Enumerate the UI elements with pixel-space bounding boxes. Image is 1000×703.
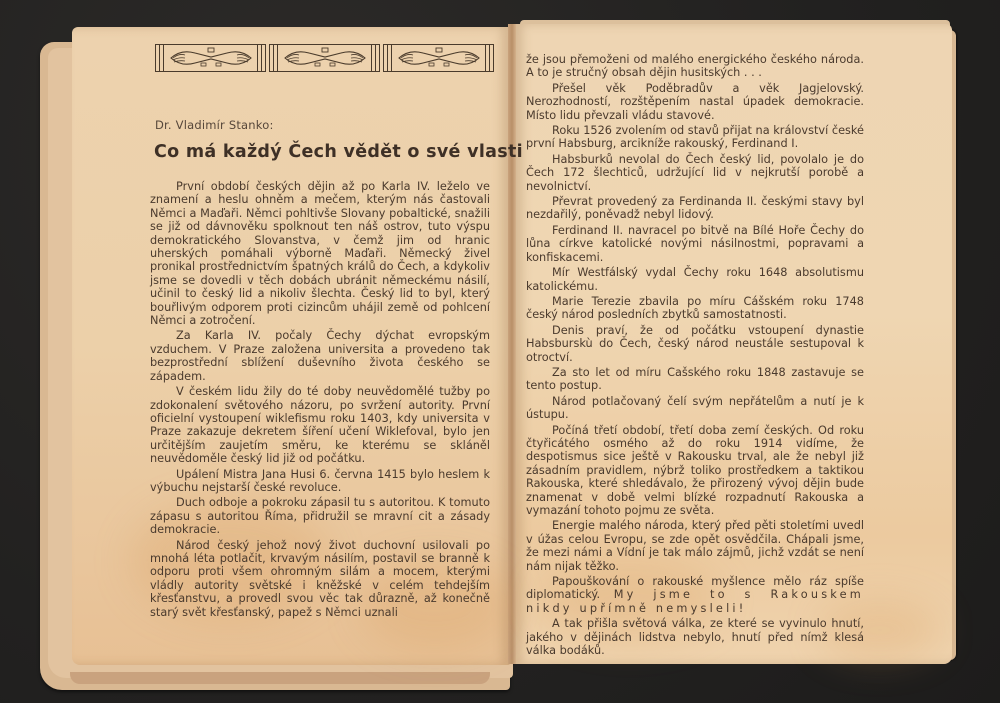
paragraph: Počíná třetí období, třetí doba zemí čes… xyxy=(526,424,864,518)
ornament-motif-icon xyxy=(395,47,483,69)
ornament-panel xyxy=(155,44,266,72)
paragraph: že jsou přemoženi od malého energického … xyxy=(526,53,864,80)
paragraph: Národ potlačovaný čelí svým nepřátelům a… xyxy=(526,395,864,422)
ornament-motif-icon xyxy=(167,47,255,69)
paragraph: Upálení Mistra Jana Husi 6. června 1415 … xyxy=(150,468,490,495)
header-ornament xyxy=(155,44,494,72)
paragraph: Ferdinand II. navracel po bitvě na Bílé … xyxy=(526,224,864,264)
right-page-body: že jsou přemoženi od malého energického … xyxy=(526,53,864,659)
page-stack-bottom-edge xyxy=(70,672,490,684)
paragraph: Mír Westfálský vydal Čechy roku 1648 abs… xyxy=(526,266,864,293)
paragraph: Národ český jehož nový život duchovní us… xyxy=(150,539,490,619)
paragraph: V českém lidu žily do té doby neuvědoměl… xyxy=(150,385,490,465)
paragraph: První období českých dějin až po Karla I… xyxy=(150,180,490,327)
paragraph: Denis praví, že od počátku vstoupení dyn… xyxy=(526,324,864,364)
paragraph: Energie malého národa, který před pěti s… xyxy=(526,519,864,573)
book-gutter xyxy=(508,24,516,664)
paragraph: Duch odboje a pokroku zápasil tu s autor… xyxy=(150,496,490,536)
paragraph: Marie Terezie zbavila po míru Cášském ro… xyxy=(526,295,864,322)
left-page-body: První období českých dějin až po Karla I… xyxy=(150,180,490,621)
ornament-motif-icon xyxy=(281,47,369,69)
paragraph: A tak přišla světová válka, ze které se … xyxy=(526,617,864,657)
chapter-title: Co má každý Čech vědět o své vlasti xyxy=(154,142,523,162)
ornament-panel xyxy=(383,44,494,72)
paragraph: Za sto let od míru Cašského roku 1848 za… xyxy=(526,366,864,393)
author-byline: Dr. Vladimír Stanko: xyxy=(155,118,274,132)
paragraph: Za Karla IV. počaly Čechy dýchat evropsk… xyxy=(150,329,490,383)
paragraph: Papouškování o rakouské myšlence mělo rá… xyxy=(526,575,864,615)
paragraph: Přešel věk Poděbradův a věk Jagjelovský.… xyxy=(526,82,864,122)
ornament-panel xyxy=(269,44,380,72)
paragraph: Roku 1526 zvolením od stavů přijat na kr… xyxy=(526,124,864,151)
paragraph: Převrat provedený za Ferdinanda II. česk… xyxy=(526,195,864,222)
paragraph: Habsburků nevolal do Čech český lid, pov… xyxy=(526,153,864,193)
